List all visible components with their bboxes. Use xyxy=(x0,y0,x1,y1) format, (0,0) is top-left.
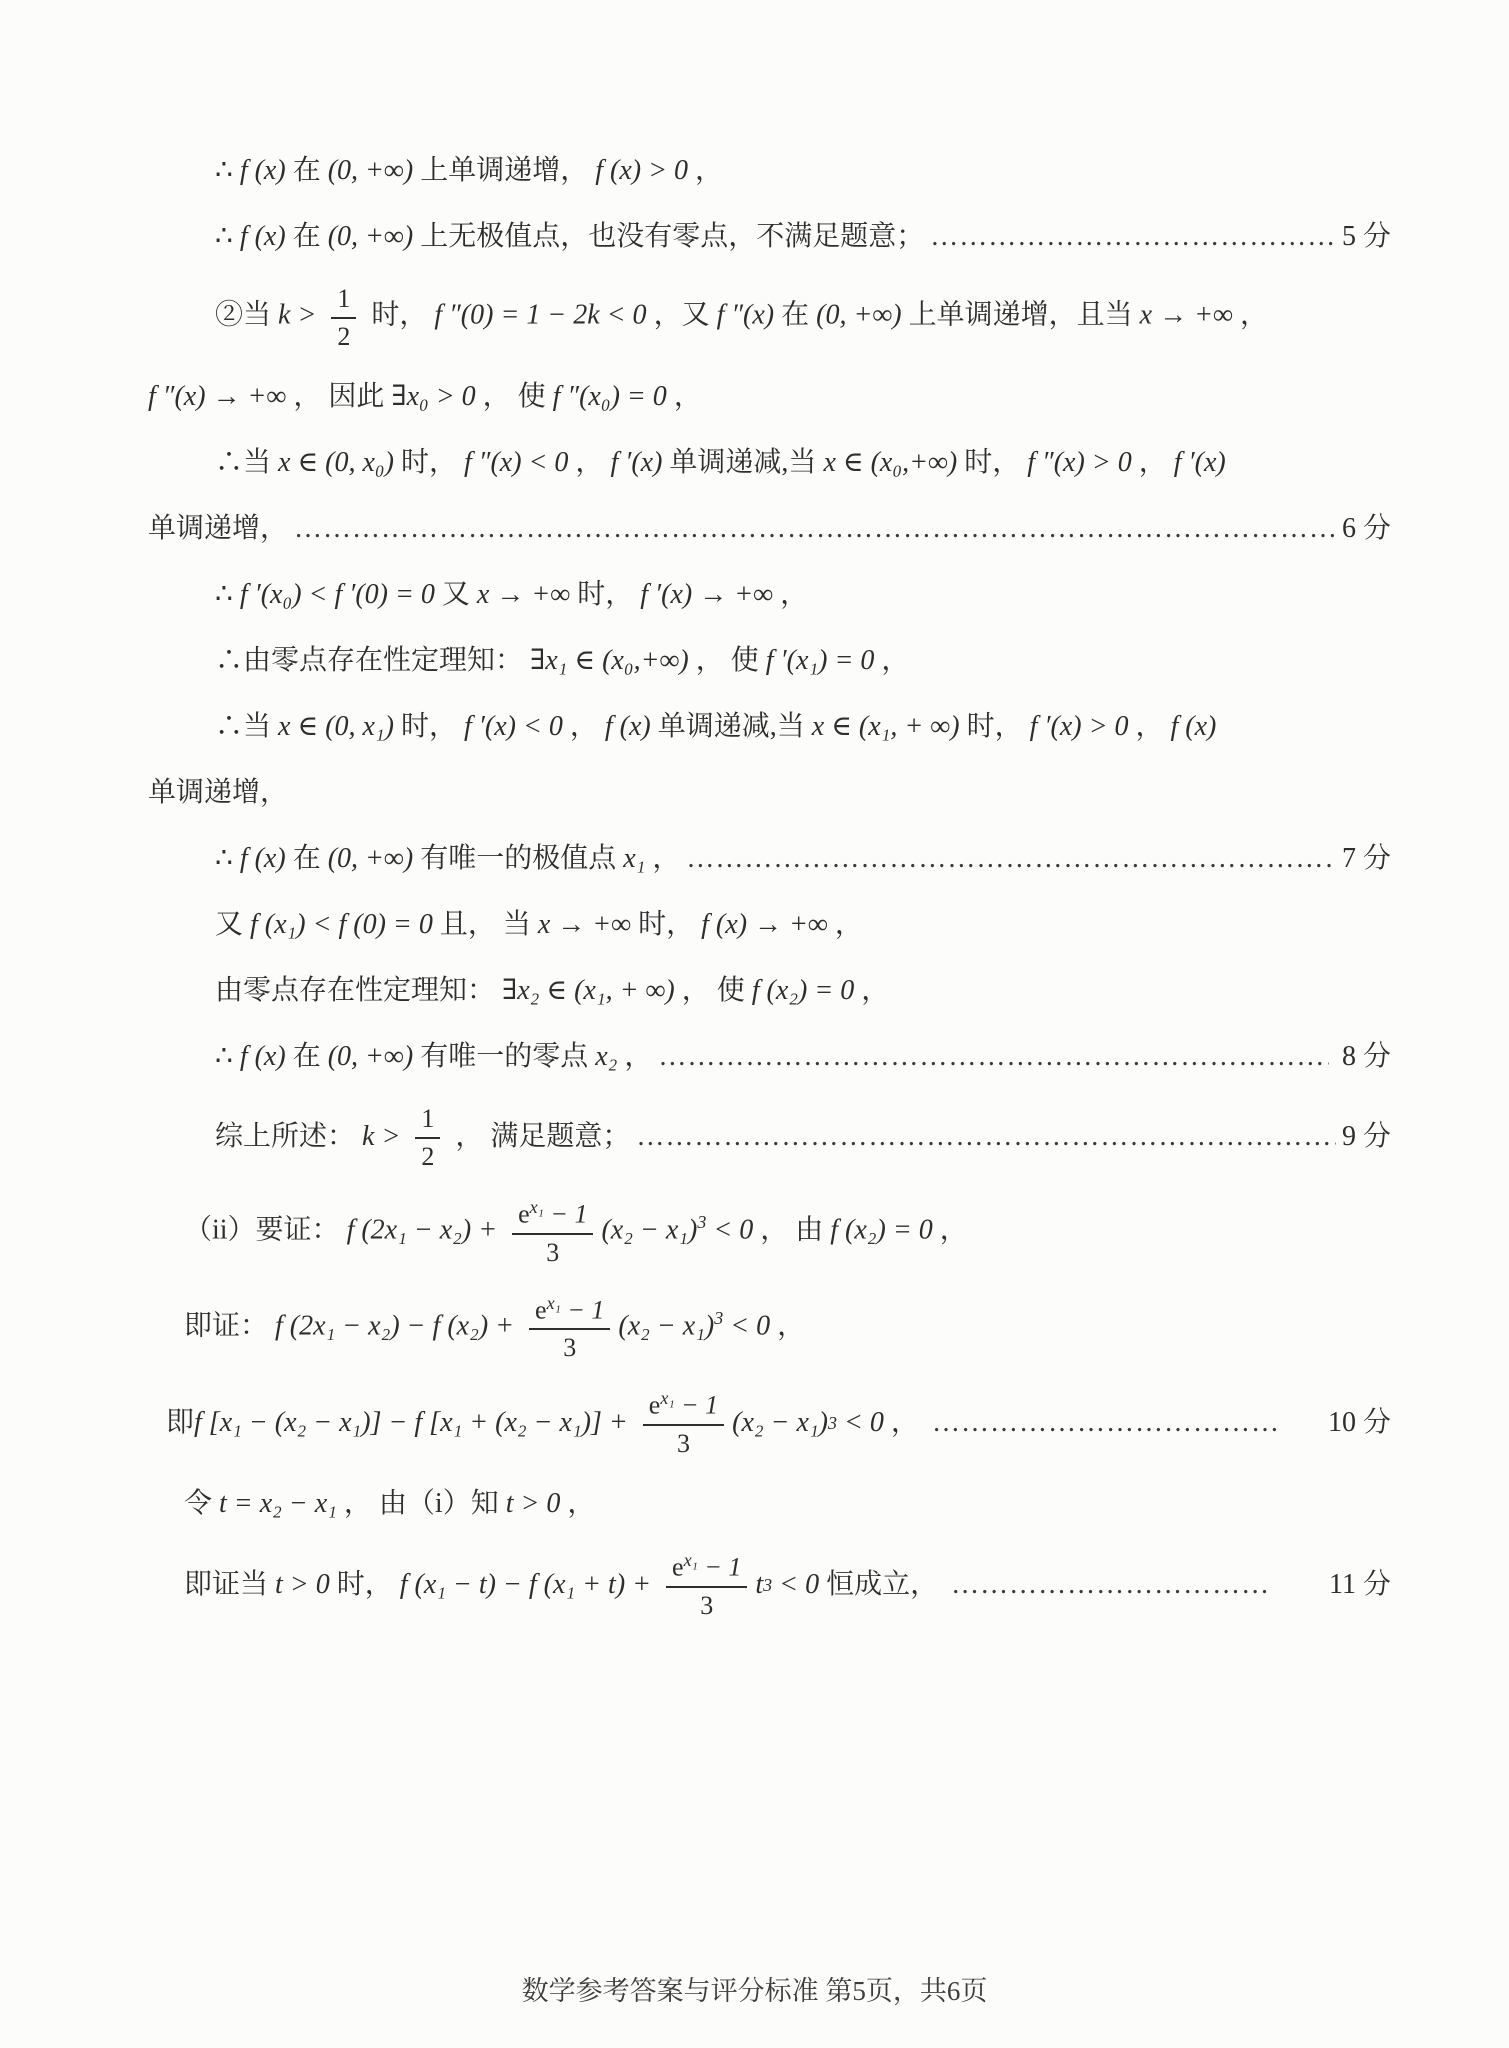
math-run: f (x) → +∞ xyxy=(701,909,828,940)
math-run: f (x) xyxy=(240,216,286,258)
fraction-numerator: 1 xyxy=(415,1102,440,1139)
solution-line-16: （ii）要证： f (2x₁ − x₂) + ex₁ − 13(x₂ − x₁)… xyxy=(148,1196,1391,1268)
math-run: x ∈ (0, x₁) xyxy=(278,711,394,742)
text-run: 时， xyxy=(960,711,1030,742)
text-run: ， xyxy=(828,909,863,940)
text-run: 有唯一的零点 xyxy=(413,1036,595,1078)
math-run: f (x) xyxy=(240,838,286,880)
text-run: 时， xyxy=(957,447,1027,478)
solution-line-20: 即证当 t > 0 时， f (x₁ − t) − f (x₁ + t) + e… xyxy=(148,1549,1391,1621)
text-run: ， 使 xyxy=(675,975,752,1006)
math-run: f ″(x) < 0 xyxy=(464,447,568,478)
text-run: ∴由零点存在性定理知： xyxy=(215,645,530,676)
solution-line-9: ∴当 x ∈ (0, x₁) 时， f ′(x) < 0 ， f (x) 单调递… xyxy=(148,706,1391,748)
math-run: f ″(0) = 1 − 2k < 0 xyxy=(434,299,646,330)
text-run: ∴当 xyxy=(215,447,278,478)
text-run: 时， xyxy=(631,909,701,940)
math-run: x ∈ (0, x₀) xyxy=(278,447,394,478)
document-body: ∴ f (x) 在 (0, +∞) 上单调递增， f (x) > 0 ，∴ f … xyxy=(148,150,1391,1621)
text-run: ∴ xyxy=(215,155,240,186)
text-run: ， xyxy=(933,1214,968,1245)
text-run: 单调递增， xyxy=(148,508,288,550)
text-run: 3 xyxy=(563,1333,576,1362)
solution-line-4: f ″(x) → +∞ ， 因此 ∃x₀ > 0 ， 使 f ″(x₀) = 0… xyxy=(148,376,1391,418)
math-run: (0, +∞) xyxy=(328,216,414,258)
text-run: 3 xyxy=(546,1238,559,1267)
math-run: f ′(x₀) < f ′(0) = 0 xyxy=(240,579,435,610)
math-run: (0, +∞) xyxy=(328,155,414,186)
text-run: 10 分 xyxy=(1321,1402,1391,1444)
math-run: ∃x₁ ∈ (x₀,+∞) xyxy=(530,645,689,676)
math-run: f (x) > 0 xyxy=(595,155,688,186)
solution-line-8: ∴由零点存在性定理知： ∃x₁ ∈ (x₀,+∞) ， 使 f ′(x₁) = … xyxy=(148,640,1391,682)
dot-leader: …………………………………………………………………………………………………………… xyxy=(294,508,1336,550)
text-run: 由零点存在性定理知： xyxy=(215,975,502,1006)
math-run: f ″(x₀) = 0 xyxy=(553,381,667,412)
fraction: ex₁ − 13 xyxy=(643,1387,724,1459)
solution-line-19: 令 t = x₂ − x₁ ， 由（i）知 t > 0 ， xyxy=(148,1483,1391,1525)
math-run: f (x₁) < f (0) = 0 xyxy=(250,909,433,940)
math-run: ∃x₂ ∈ (x₁, + ∞) xyxy=(502,975,675,1006)
dot-leader: …………………………………………………………………………………… xyxy=(930,216,1336,258)
math-run: < 0 xyxy=(706,1214,753,1245)
solution-line-10: 单调递增， xyxy=(148,772,1391,814)
solution-line-7: ∴ f ′(x₀) < f ′(0) = 0 又 x → +∞ 时， f ′(x… xyxy=(148,574,1391,616)
dot-leader: …………………………… xyxy=(951,1564,1323,1606)
math-run: f (x) xyxy=(1171,711,1217,742)
superscript: 3 xyxy=(714,1308,723,1328)
text-run: ∴ xyxy=(215,216,240,258)
fraction-denominator: 2 xyxy=(331,319,356,352)
math-run: (0, +∞) xyxy=(328,838,414,880)
text-run: 时， xyxy=(570,579,640,610)
text-run: ∴当 xyxy=(215,711,278,742)
fraction-denominator: 3 xyxy=(643,1426,724,1459)
solution-line-3: ②当 k > 12 时， f ″(0) = 1 − 2k < 0 ，又 f ″(… xyxy=(148,282,1391,352)
fraction-denominator: 2 xyxy=(415,1139,440,1172)
fraction: ex₁ − 13 xyxy=(512,1196,593,1268)
text-run: ， xyxy=(1132,447,1174,478)
math-run: x₂ xyxy=(595,1036,617,1078)
math-run: (x₂ − x₁) xyxy=(732,1402,828,1444)
text-run: 时， xyxy=(364,299,434,330)
text-run: ∴ xyxy=(215,579,240,610)
text-run: 在 xyxy=(286,155,328,186)
text-run: 上无极值点，也没有零点，不满足题意； xyxy=(413,216,924,258)
text-run: ， 由（i）知 xyxy=(337,1488,506,1519)
fraction-denominator: 3 xyxy=(512,1235,593,1268)
math-run: f (2x₁ − x₂) − f (x₂) + xyxy=(275,1310,521,1341)
math-run: − 1 xyxy=(675,1391,719,1420)
fraction-denominator: 3 xyxy=(666,1588,747,1621)
text-run: 综上所述： xyxy=(215,1116,362,1158)
math-run: ∃x₀ > 0 xyxy=(391,381,475,412)
superscript: 3 xyxy=(697,1212,706,1232)
fraction-numerator: 1 xyxy=(331,282,356,319)
math-run: − 1 xyxy=(544,1200,588,1229)
text-run: ， xyxy=(884,1402,926,1444)
math-run: − 1 xyxy=(561,1295,605,1324)
math-run: x₁ xyxy=(623,838,645,880)
text-run: ， xyxy=(874,645,909,676)
math-run: x → +∞ xyxy=(538,909,631,940)
math-run: k > xyxy=(278,299,323,330)
math-run: f (x₂) = 0 xyxy=(830,1214,932,1245)
fraction: 12 xyxy=(415,1102,440,1172)
math-run: < 0 xyxy=(723,1310,770,1341)
fraction-denominator: 3 xyxy=(529,1330,610,1363)
text-run: e xyxy=(535,1295,547,1324)
superscript: x₁ xyxy=(547,1293,561,1313)
text-run: 即证： xyxy=(184,1310,275,1341)
text-run: ， 使 xyxy=(689,645,766,676)
text-run: ， xyxy=(1128,711,1170,742)
dot-leader: …………………………………………………………………………… xyxy=(686,838,1336,880)
text-run: ∴ xyxy=(215,1036,240,1078)
math-run: (x₂ − x₁) xyxy=(618,1310,714,1341)
text-run: ， xyxy=(568,447,610,478)
text-run: 时， xyxy=(394,711,464,742)
text-run: 1 xyxy=(337,284,350,313)
superscript: 3 xyxy=(763,1576,772,1594)
math-run: f (2x₁ − x₂) + xyxy=(347,1214,505,1245)
text-run: e xyxy=(518,1200,530,1229)
text-run: ， xyxy=(773,579,808,610)
math-run: (0, +∞) xyxy=(328,1036,414,1078)
text-run: 1 xyxy=(421,1104,434,1133)
text-run: 上单调递增， xyxy=(413,155,595,186)
text-run: 时， xyxy=(394,447,464,478)
fraction-numerator: ex₁ − 1 xyxy=(666,1549,747,1588)
text-run: 2 xyxy=(421,1142,434,1171)
math-run: x ∈ (x₀,+∞) xyxy=(823,447,957,478)
math-run: (x₂ − x₁) xyxy=(601,1214,697,1245)
text-run: ， xyxy=(854,975,889,1006)
text-run: 在 xyxy=(286,1036,328,1078)
text-run: 令 xyxy=(184,1488,219,1519)
text-run: 3 xyxy=(677,1429,690,1458)
text-run: 有唯一的极值点 xyxy=(413,838,623,880)
math-run: f (x) xyxy=(605,711,651,742)
solution-line-1: ∴ f (x) 在 (0, +∞) 上单调递增， f (x) > 0 ， xyxy=(148,150,1391,192)
text-run: 即 xyxy=(166,1402,194,1444)
fraction: 12 xyxy=(331,282,356,352)
text-run: 在 xyxy=(286,838,328,880)
text-run: ， xyxy=(560,1488,595,1519)
solution-line-12: 又 f (x₁) < f (0) = 0 且， 当 x → +∞ 时， f (x… xyxy=(148,904,1391,946)
math-run: < 0 xyxy=(772,1564,819,1606)
math-run: k > xyxy=(362,1116,407,1158)
math-run: t > 0 xyxy=(506,1488,561,1519)
math-run: f (x₂) = 0 xyxy=(752,975,854,1006)
solution-line-14: ∴ f (x) 在 (0, +∞) 有唯一的零点 x₂ ，……………………………… xyxy=(148,1036,1391,1078)
math-run: f ″(x) xyxy=(717,299,775,330)
text-run: 即证当 xyxy=(184,1564,275,1606)
answer-sheet-page: ∴ f (x) 在 (0, +∞) 上单调递增， f (x) > 0 ，∴ f … xyxy=(0,0,1509,2048)
math-run: < 0 xyxy=(837,1402,884,1444)
solution-line-17: 即证： f (2x₁ − x₂) − f (x₂) + ex₁ − 13(x₂ … xyxy=(148,1292,1391,1364)
text-run: 11 分 xyxy=(1329,1564,1391,1606)
superscript: x₁ xyxy=(660,1388,674,1408)
fraction-numerator: ex₁ − 1 xyxy=(529,1292,610,1331)
text-run: 6 分 xyxy=(1342,508,1391,550)
text-run: 时， xyxy=(330,1564,400,1606)
text-run: e xyxy=(649,1391,661,1420)
math-run: (0, +∞) xyxy=(816,299,902,330)
solution-line-15: 综上所述： k > 12 ， 满足题意；……………………………………………………… xyxy=(148,1102,1391,1172)
superscript: 3 xyxy=(828,1414,837,1432)
text-run: ， xyxy=(1233,299,1268,330)
text-run: ②当 xyxy=(215,299,278,330)
text-run: ， xyxy=(770,1310,805,1341)
text-run: ，又 xyxy=(647,299,717,330)
dot-leader: …………………………………………………………………………… xyxy=(636,1116,1336,1158)
math-run: f ″(x) → +∞ xyxy=(148,381,286,412)
math-run: x → +∞ xyxy=(477,579,570,610)
math-run: f [x₁ − (x₂ − x₁)] − f [x₁ + (x₂ − x₁)] … xyxy=(194,1402,635,1444)
dot-leader: ………………………………………………………………………… xyxy=(658,1036,1329,1078)
solution-line-2: ∴ f (x) 在 (0, +∞) 上无极值点，也没有零点，不满足题意；…………… xyxy=(148,216,1391,258)
math-run: f ′(x) < 0 xyxy=(464,711,563,742)
math-run: t xyxy=(755,1564,763,1606)
math-run: f ′(x) → +∞ xyxy=(640,579,773,610)
superscript: x₁ xyxy=(530,1197,544,1217)
text-run: 上单调递增，且当 xyxy=(902,299,1140,330)
math-run: f ′(x) xyxy=(1174,447,1226,478)
text-run: （ii）要证： xyxy=(184,1214,347,1245)
text-run: ∴ xyxy=(215,838,240,880)
text-run: 9 分 xyxy=(1342,1116,1391,1158)
text-run: 在 xyxy=(286,216,328,258)
solution-line-18: 即f [x₁ − (x₂ − x₁)] − f [x₁ + (x₂ − x₁)]… xyxy=(148,1387,1391,1459)
math-run: x → +∞ xyxy=(1140,299,1233,330)
math-run: − 1 xyxy=(698,1553,742,1582)
text-run: ， xyxy=(563,711,605,742)
text-run: 又 xyxy=(435,579,477,610)
math-run: t = x₂ − x₁ xyxy=(219,1488,337,1519)
solution-line-6: 单调递增，……………………………………………………………………………………………… xyxy=(148,508,1391,550)
text-run: 单调递减,当 xyxy=(662,447,823,478)
text-run: 又 xyxy=(215,909,250,940)
text-run: ， xyxy=(667,381,702,412)
text-run: 单调递增， xyxy=(148,777,288,808)
text-run: e xyxy=(672,1553,684,1582)
fraction: ex₁ − 13 xyxy=(666,1549,747,1621)
text-run: 5 分 xyxy=(1342,216,1391,258)
fraction: ex₁ − 13 xyxy=(529,1292,610,1364)
math-run: f ′(x) xyxy=(610,447,662,478)
text-run: ， 满足题意； xyxy=(448,1116,630,1158)
math-run: f ″(x) > 0 xyxy=(1027,447,1131,478)
text-run: ， xyxy=(617,1036,652,1078)
page-footer: 数学参考答案与评分标准 第5页，共6页 xyxy=(0,1969,1509,2008)
math-run: f ′(x) > 0 xyxy=(1030,711,1129,742)
fraction-numerator: ex₁ − 1 xyxy=(512,1196,593,1235)
math-run: f (x₁ − t) − f (x₁ + t) + xyxy=(400,1564,658,1606)
text-run: ， 由 xyxy=(753,1214,830,1245)
superscript: x₁ xyxy=(684,1550,698,1570)
text-run: ， 因此 xyxy=(286,381,391,412)
text-run: 2 xyxy=(337,322,350,351)
text-run: 且， 当 xyxy=(433,909,538,940)
solution-line-11: ∴ f (x) 在 (0, +∞) 有唯一的极值点 x₁ ，…………………………… xyxy=(148,838,1391,880)
text-run: 7 分 xyxy=(1342,838,1391,880)
math-run: f (x) xyxy=(240,155,286,186)
solution-line-5: ∴当 x ∈ (0, x₀) 时， f ″(x) < 0 ， f ′(x) 单调… xyxy=(148,442,1391,484)
text-run: 恒成立， xyxy=(819,1564,945,1606)
math-run: t > 0 xyxy=(275,1564,330,1606)
text-run: 3 xyxy=(700,1591,713,1620)
text-run: ， xyxy=(645,838,680,880)
math-run: x ∈ (x₁, + ∞) xyxy=(812,711,960,742)
dot-leader: ……………………………… xyxy=(932,1402,1315,1444)
text-run: 单调递减,当 xyxy=(651,711,812,742)
fraction-numerator: ex₁ − 1 xyxy=(643,1387,724,1426)
math-run: f (x) xyxy=(240,1036,286,1078)
text-run: 在 xyxy=(774,299,816,330)
text-run: ， xyxy=(688,155,723,186)
text-run: 8 分 xyxy=(1335,1036,1391,1078)
math-run: f ′(x₁) = 0 xyxy=(766,645,875,676)
text-run: ， 使 xyxy=(476,381,553,412)
solution-line-13: 由零点存在性定理知： ∃x₂ ∈ (x₁, + ∞) ， 使 f (x₂) = … xyxy=(148,970,1391,1012)
